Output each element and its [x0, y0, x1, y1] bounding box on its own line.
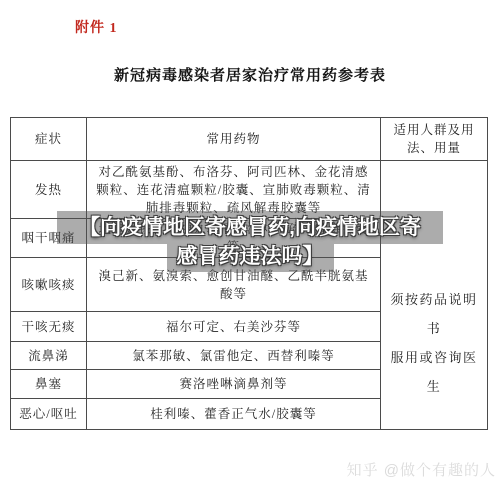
usage-note-line-2: 服用或咨询医生: [386, 343, 482, 401]
symptom-cell: 恶心/呕吐: [11, 399, 87, 430]
reference-table: 症状 常用药物 适用人群及用 法、用量 发热 对乙酰氨基酚、布洛芬、阿司匹林、金…: [10, 117, 488, 430]
page-root: { "attachment_label": "附件 1", "title": "…: [0, 0, 500, 489]
usage-note-cell: 须按药品说明书 服用或咨询医生: [381, 161, 488, 430]
overlay-line-2-text: 感冒药违法吗】: [167, 244, 334, 272]
symptom-cell: 发热: [11, 161, 87, 219]
header-symptom: 症状: [11, 118, 87, 161]
table-header-row: 症状 常用药物 适用人群及用 法、用量: [11, 118, 488, 161]
medicines-cell: 福尔可定、右美沙芬等: [87, 312, 381, 342]
table-row: 发热 对乙酰氨基酚、布洛芬、阿司匹林、金花清感颗粒、连花清瘟颗粒/胶囊、宣肺败毒…: [11, 161, 488, 219]
overlay-caption: 【向疫情地区寄感冒药,向疫情地区寄 感冒药违法吗】: [0, 211, 500, 272]
attachment-label: 附件 1: [75, 17, 118, 37]
page-title: 新冠病毒感染者居家治疗常用药参考表: [0, 64, 500, 85]
medicines-cell: 赛洛唑啉滴鼻剂等: [87, 370, 381, 399]
header-medicines: 常用药物: [87, 118, 381, 161]
symptom-cell: 干咳无痰: [11, 312, 87, 342]
header-usage: 适用人群及用 法、用量: [381, 118, 488, 161]
usage-note: 须按药品说明书 服用或咨询医生: [386, 285, 482, 401]
medicines-cell: 桂利嗪、藿香正气水/胶囊等: [87, 399, 381, 430]
medicines-cell: 氯苯那敏、氯雷他定、西替利嗪等: [87, 342, 381, 370]
overlay-line-1: 【向疫情地区寄感冒药,向疫情地区寄: [0, 211, 500, 244]
header-usage-line-1: 适用人群及用: [386, 121, 482, 139]
overlay-line-2: 感冒药违法吗】: [0, 244, 500, 272]
symptom-cell: 流鼻涕: [11, 342, 87, 370]
medicines-cell: 对乙酰氨基酚、布洛芬、阿司匹林、金花清感颗粒、连花清瘟颗粒/胶囊、宣肺败毒颗粒、…: [87, 161, 381, 219]
usage-note-line-1: 须按药品说明书: [386, 285, 482, 343]
watermark: 知乎 @做个有趣的人: [347, 459, 496, 480]
header-usage-line-2: 法、用量: [386, 139, 482, 157]
overlay-line-1-text: 【向疫情地区寄感冒药,向疫情地区寄: [57, 211, 443, 244]
symptom-cell: 鼻塞: [11, 370, 87, 399]
